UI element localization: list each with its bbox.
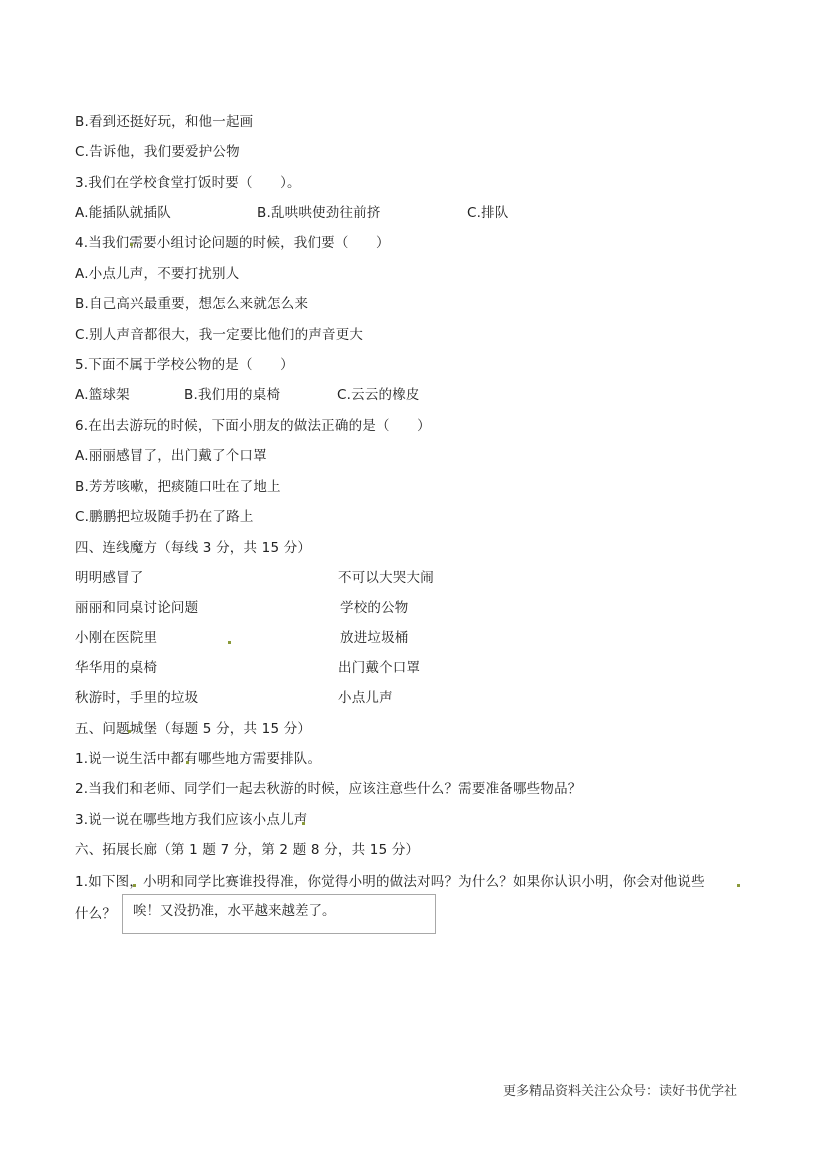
section5-question: 1.说一说生活中都有哪些地方需要排队。 xyxy=(75,749,321,769)
q3-option-c: C.排队 xyxy=(467,203,509,223)
match-right-item: 放进垃圾桶 xyxy=(340,628,409,648)
speech-bubble-text: 唉！又没扔准，水平越来越差了。 xyxy=(133,901,336,921)
section5-heading: 五、问题城堡（每题 5 分，共 15 分） xyxy=(75,719,311,739)
q5-question: 5.下面不属于学校公物的是（ ） xyxy=(75,355,294,375)
q4-option-c: C.别人声音都很大，我一定要比他们的声音更大 xyxy=(75,325,363,345)
q5-option-c: C.云云的橡皮 xyxy=(337,385,420,405)
artifact-dot xyxy=(133,884,136,887)
q4-option-b: B.自己高兴最重要，想怎么来就怎么来 xyxy=(75,294,308,314)
section6-q1-line1: 1.如下图，小明和同学比赛谁投得准，你觉得小明的做法对吗？为什么？如果你认识小明… xyxy=(75,872,705,892)
footer-note: 更多精品资料关注公众号：读好书优学社 xyxy=(503,1082,737,1102)
match-right-item: 出门戴个口罩 xyxy=(338,658,420,678)
q2-option-b: B.看到还挺好玩，和他一起画 xyxy=(75,112,253,132)
match-left-item: 秋游时，手里的垃圾 xyxy=(75,688,198,708)
match-left-item: 明明感冒了 xyxy=(75,568,144,588)
match-left-item: 华华用的桌椅 xyxy=(75,658,157,678)
match-right-item: 小点儿声 xyxy=(338,688,393,708)
match-left-item: 丽丽和同桌讨论问题 xyxy=(75,598,198,618)
q2-option-c: C.告诉他，我们要爱护公物 xyxy=(75,142,240,162)
q6-option-b: B.芳芳咳嗽，把痰随口吐在了地上 xyxy=(75,477,281,497)
artifact-dot xyxy=(186,761,189,764)
match-left-item: 小刚在医院里 xyxy=(75,628,157,648)
q3-option-a: A.能插队就插队 xyxy=(75,203,171,223)
q4-question: 4.当我们需要小组讨论问题的时候，我们要（ ） xyxy=(75,233,390,253)
q5-option-a: A.篮球架 xyxy=(75,385,130,405)
q6-option-a: A.丽丽感冒了，出门戴了个口罩 xyxy=(75,446,267,466)
q5-option-b: B.我们用的桌椅 xyxy=(184,385,280,405)
match-right-item: 不可以大哭大闹 xyxy=(338,568,434,588)
q6-question: 6.在出去游玩的时候，下面小朋友的做法正确的是（ ） xyxy=(75,416,431,436)
section6-heading: 六、拓展长廊（第 1 题 7 分，第 2 题 8 分，共 15 分） xyxy=(75,840,419,860)
section6-q1-line2: 什么？ xyxy=(75,904,116,924)
artifact-dot xyxy=(130,243,133,246)
section5-question: 2.当我们和老师、同学们一起去秋游的时候，应该注意些什么？需要准备哪些物品？ xyxy=(75,779,581,799)
artifact-dot xyxy=(737,884,740,887)
section4-heading: 四、连线魔方（每线 3 分，共 15 分） xyxy=(75,538,311,558)
match-right-item: 学校的公物 xyxy=(340,598,409,618)
artifact-dot xyxy=(302,822,305,825)
section5-question: 3.说一说在哪些地方我们应该小点儿声 xyxy=(75,810,307,830)
q3-question: 3.我们在学校食堂打饭时要（ ）。 xyxy=(75,173,301,193)
speech-bubble-box: 唉！又没扔准，水平越来越差了。 xyxy=(122,894,436,934)
q3-option-b: B.乱哄哄使劲往前挤 xyxy=(257,203,381,223)
artifact-dot xyxy=(128,730,131,733)
q6-option-c: C.鹏鹏把垃圾随手扔在了路上 xyxy=(75,507,254,527)
artifact-dot xyxy=(228,641,231,644)
q4-option-a: A.小点儿声，不要打扰别人 xyxy=(75,264,239,284)
